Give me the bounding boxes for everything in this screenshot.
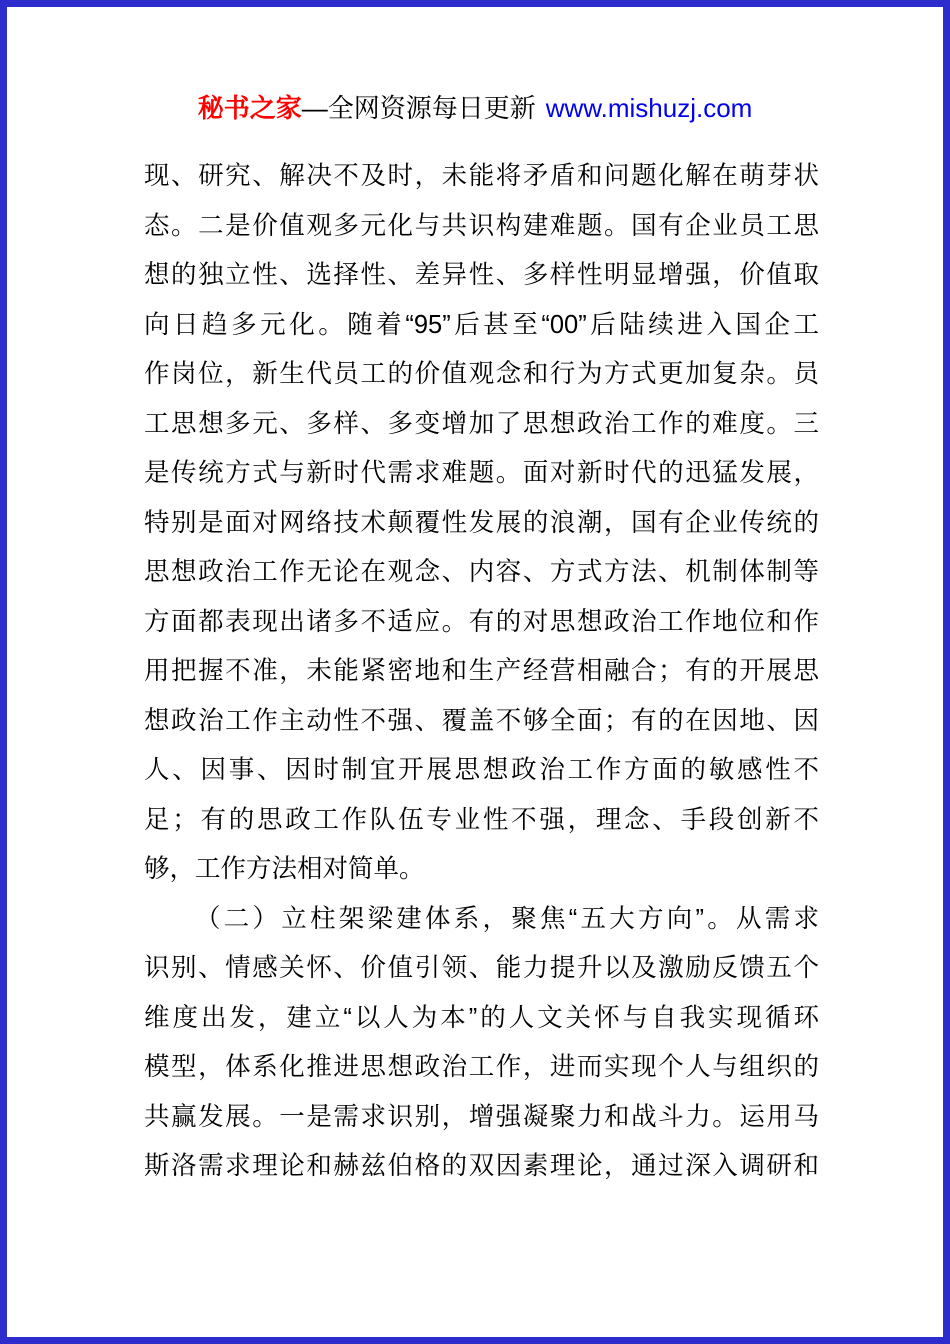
text-line: （二）立柱架梁建体系，聚焦“五大方向”。从需求 — [144, 895, 819, 945]
site-url: www.mishuzj.com — [546, 93, 753, 123]
text-line: 现、研究、解决不及时，未能将矛盾和问题化解在萌芽状 — [144, 152, 819, 202]
text-line: 维度出发，建立“以人为本”的人文关怀与自我实现循环 — [144, 994, 819, 1044]
text-line: 向日趋多元化。随着“95”后甚至“00”后陆续进入国企工 — [144, 301, 819, 351]
text-line: 是传统方式与新时代需求难题。面对新时代的迅猛发展， — [144, 449, 819, 499]
site-name: 秘书之家 — [198, 93, 302, 123]
text-line: 够，工作方法相对简单。 — [144, 845, 819, 895]
text-line: 人、因事、因时制宜开展思想政治工作方面的敏感性不 — [144, 746, 819, 796]
text-line: 思想政治工作无论在观念、内容、方式方法、机制体制等 — [144, 548, 819, 598]
text-line: 识别、情感关怀、价值引领、能力提升以及激励反馈五个 — [144, 944, 819, 994]
text-line: 想的独立性、选择性、差异性、多样性明显增强，价值取 — [144, 251, 819, 301]
text-line: 作岗位，新生代员工的价值观念和行为方式更加复杂。员 — [144, 350, 819, 400]
text-line: 特别是面对网络技术颠覆性发展的浪潮，国有企业传统的 — [144, 499, 819, 549]
site-header: 秘书之家—全网资源每日更新www.mishuzj.com — [7, 91, 943, 125]
text-line: 想政治工作主动性不强、覆盖不够全面；有的在因地、因 — [144, 697, 819, 747]
header-dash: — — [302, 93, 328, 123]
document-page: 秘书之家—全网资源每日更新www.mishuzj.com 现、研究、解决不及时，… — [0, 0, 950, 1344]
text-line: 用把握不准，未能紧密地和生产经营相融合；有的开展思 — [144, 647, 819, 697]
text-line: 态。二是价值观多元化与共识构建难题。国有企业员工思 — [144, 202, 819, 252]
text-line: 斯洛需求理论和赫兹伯格的双因素理论，通过深入调研和 — [144, 1142, 819, 1192]
text-line: 足；有的思政工作队伍专业性不强，理念、手段创新不 — [144, 796, 819, 846]
header-tagline: 全网资源每日更新 — [328, 93, 536, 123]
document-body: 现、研究、解决不及时，未能将矛盾和问题化解在萌芽状态。二是价值观多元化与共识构建… — [144, 152, 819, 1192]
text-line: 方面都表现出诸多不适应。有的对思想政治工作地位和作 — [144, 598, 819, 648]
text-line: 共赢发展。一是需求识别，增强凝聚力和战斗力。运用马 — [144, 1093, 819, 1143]
text-line: 模型，体系化推进思想政治工作，进而实现个人与组织的 — [144, 1043, 819, 1093]
text-line: 工思想多元、多样、多变增加了思想政治工作的难度。三 — [144, 400, 819, 450]
